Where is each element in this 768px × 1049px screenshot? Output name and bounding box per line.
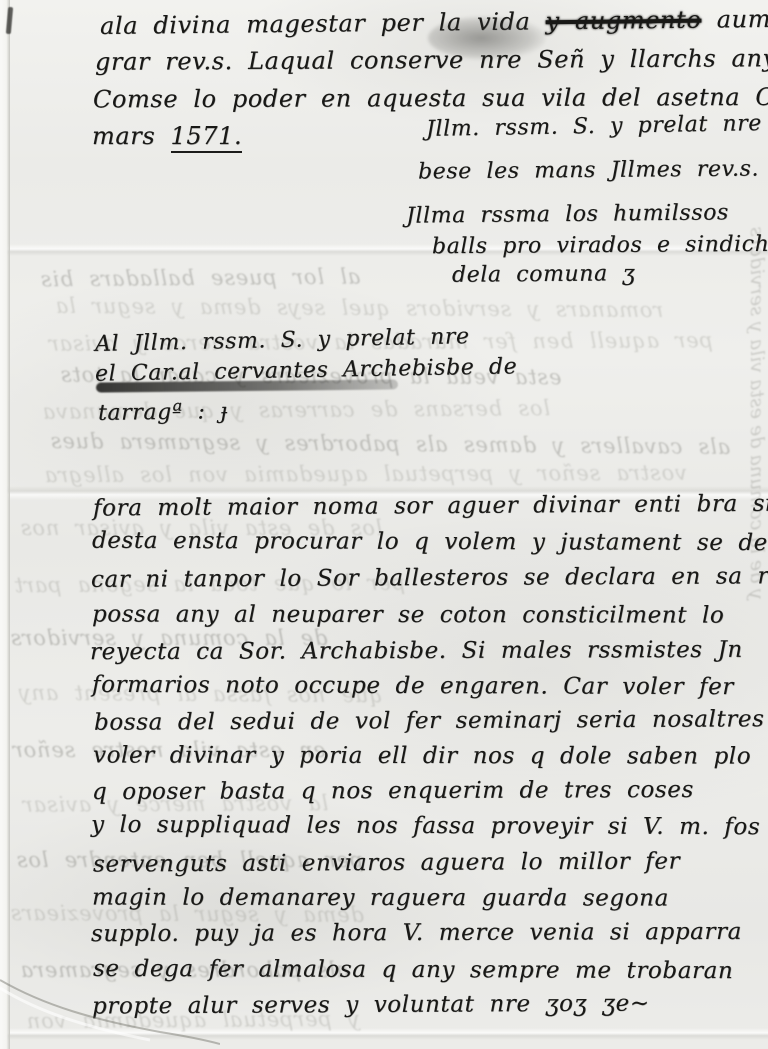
body-line: q oposer basta q nos enquerim de tres co… xyxy=(92,777,694,805)
opening-text-post: aument de xyxy=(717,4,768,33)
body-line: propte alur serves y voluntat nre ʒoʒ ʒe… xyxy=(92,991,650,1020)
body-line: reyecta ca Sor. Archabisbe. Si males rss… xyxy=(90,637,743,665)
letter-line: grar rev.s. Laqual conserve nre Señ y ll… xyxy=(95,44,768,76)
paper-edge-mark xyxy=(6,7,13,34)
closing-line: bese les mans Jllmes rev.s. xyxy=(418,157,759,185)
fold-crease-bottom xyxy=(0,1028,768,1040)
body-line: formarios noto occupe de engaren. Car vo… xyxy=(92,672,734,700)
letter-line: Comse lo poder en aquesta sua vila del a… xyxy=(93,83,768,114)
body-line: car ni tanpor lo Sor ballesteros se decl… xyxy=(91,563,768,593)
body-line: bossa del sedui de vol fer seminarj seri… xyxy=(94,706,765,736)
closing-line: Jllm. rssm. S. y prelat nre xyxy=(426,111,762,142)
manuscript-page: al lor puese balladars bis romanars y se… xyxy=(0,0,768,1049)
date-line: mars 1571. xyxy=(92,122,242,150)
closing-line: balls pro virados e sindichs xyxy=(432,232,768,259)
bleed-through-line: als cavallers y dames als pabordres y se… xyxy=(50,429,730,459)
body-line: voler divinar y poria ell dir nos q dole… xyxy=(93,742,751,769)
bleed-through-line: al lor puese balladars bis xyxy=(40,265,361,292)
body-line: servenguts asti enviaros aguera lo millo… xyxy=(93,848,680,877)
body-line: y lo suppliquad les nos fassa proveyir s… xyxy=(91,812,760,840)
body-line: magin lo demanarey raguera guarda segona xyxy=(92,884,669,911)
body-line: se dega fer almalosa q any sempre me tro… xyxy=(93,956,733,984)
body-line: possa any al neuparer se coton consticil… xyxy=(92,601,724,628)
body-line: fora molt maior noma sor aguer divinar e… xyxy=(93,490,768,521)
ink-blot xyxy=(428,16,546,60)
ink-smear xyxy=(96,379,398,392)
body-line: supplo. puy ja es hora V. merce venia si… xyxy=(91,919,742,947)
bleed-through-line: romanars y servidors quel seys dema y se… xyxy=(55,294,663,322)
date-month: mars xyxy=(92,122,155,150)
paper-deckle-edge xyxy=(0,0,10,1049)
closing-line: Jllma rssma los humilssos xyxy=(406,200,729,228)
date-year: 1571. xyxy=(171,122,243,153)
address-line: Al Jllm. rssm. S. y prelat nre xyxy=(95,324,470,357)
address-line: tarragª : ɟ xyxy=(98,399,228,426)
body-line: desta ensta procurar lo q volem y justam… xyxy=(92,528,768,557)
signature-line: dela comuna ʒ xyxy=(452,261,636,288)
crossed-out-word: y augmento xyxy=(545,6,701,36)
bleed-through-line: vostra señor y perpetual aquedamia von l… xyxy=(44,461,687,487)
